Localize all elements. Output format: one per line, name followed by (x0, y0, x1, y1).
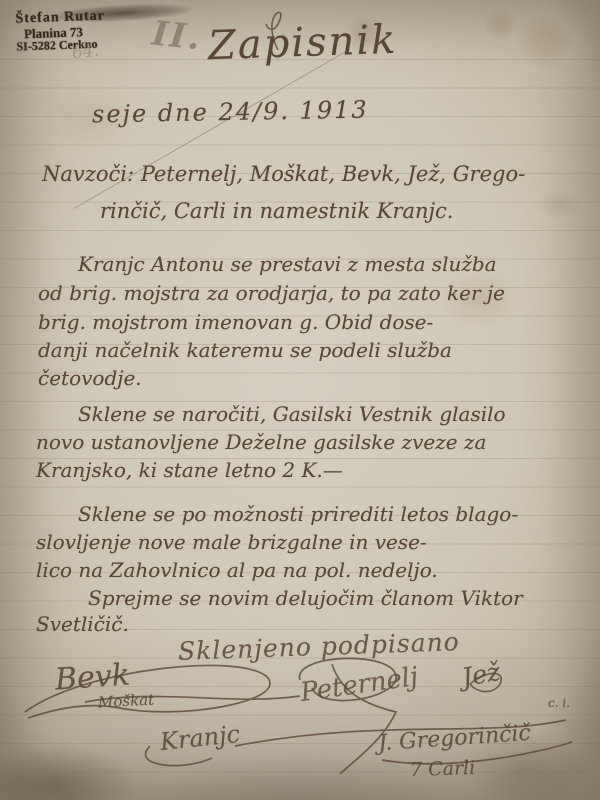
attendees-line: rinčič, Carli in namestnik Kranjc. (100, 199, 453, 223)
body-line: novo ustanovljene Deželne gasilske zveze… (36, 430, 486, 454)
signature-carli: 7 Carli (410, 757, 476, 781)
body-line: Sklene se naročiti, Gasilski Vestnik gla… (78, 402, 506, 426)
date-line: seje dne 24/9. 1913 (92, 96, 369, 129)
attendees-line: Navzoči: Peternelj, Moškat, Bevk, Jež, G… (42, 162, 525, 186)
body-line: Svetličič. (36, 612, 129, 636)
body-line: lico na Zahovlnico al pa na pol. nedeljo… (36, 558, 438, 582)
body-line: Sklene se po možnosti prirediti letos bl… (78, 502, 518, 526)
body-line: od brig. mojstra za orodjarja, to pa zat… (38, 281, 505, 305)
body-line: brig. mojstrom imenovan g. Obid dose- (38, 310, 433, 334)
signature-moskat: Moškat (98, 691, 155, 712)
body-line: Kranjsko, ki stane letno 2 K.— (36, 458, 343, 482)
manuscript-page: Štefan Rutar Planina 73 SI-5282 Cerkno I… (0, 0, 600, 800)
body-line: danji načelnik kateremu se podeli služba (38, 338, 452, 362)
body-line: Sprejme se novim delujočim članom Viktor (88, 586, 523, 610)
body-line: četovodje. (38, 366, 142, 390)
page-title: Zapisnik (207, 17, 398, 70)
body-line: slovljenje nove male brizgalne in vese- (36, 530, 427, 554)
body-line: Kranjc Antonu se prestavi z mesta služba (78, 252, 497, 276)
signature-initials: c. i. (548, 696, 570, 710)
pencil-page-number: 64. (71, 41, 100, 64)
pencil-numeral: II. (150, 14, 204, 59)
